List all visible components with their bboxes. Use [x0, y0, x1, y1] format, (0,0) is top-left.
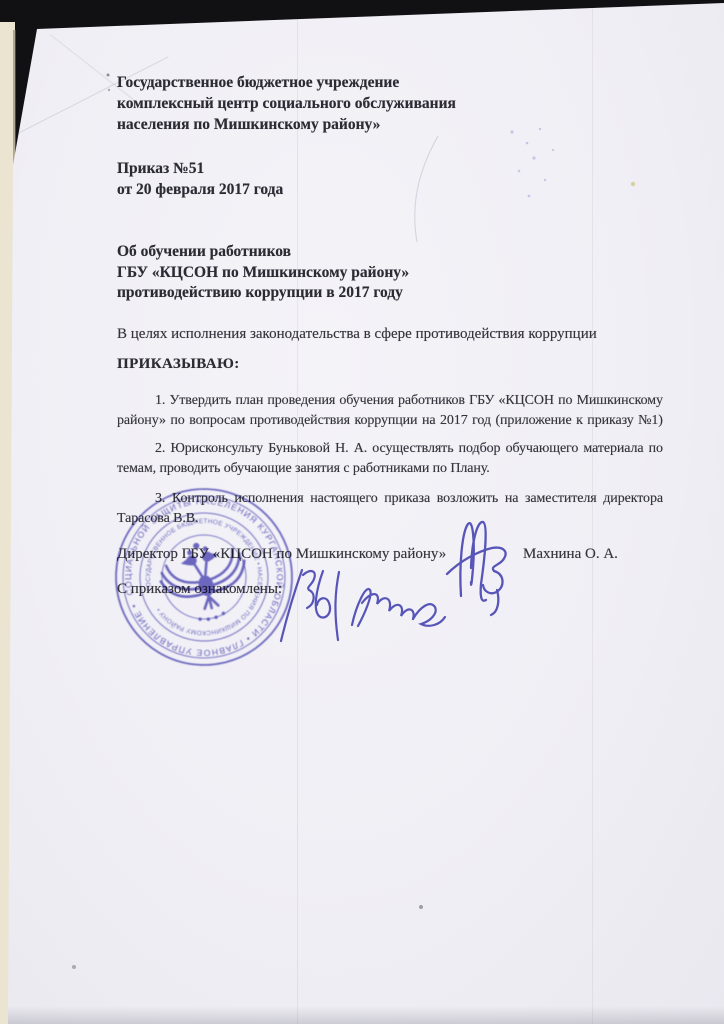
item-text-line: району»повопросампротиводействиякоррупци… [117, 411, 663, 431]
org-header: Государственное бюджетное учреждение ком… [117, 72, 663, 135]
item-text-line: темам, проводить обучающие занятия с раб… [117, 459, 663, 479]
item-text-line: 1.Утвердитьпланпроведенияобученияработни… [117, 391, 663, 411]
scanned-document-page: Государственное бюджетное учреждение ком… [0, 0, 724, 1024]
director-name: Махнина О. А. [523, 546, 618, 563]
subject-line: Об обучении работников [117, 242, 663, 263]
order-item-2: 2.ЮрисконсультуБуньковойН.А.осуществлять… [117, 439, 663, 478]
subject-line: противодействию коррупции в 2017 году [117, 283, 663, 304]
decree-word: ПРИКАЗЫВАЮ: [117, 356, 663, 373]
order-number: Приказ №51 [117, 158, 663, 179]
order-heading: Приказ №51 от 20 февраля 2017 года [117, 158, 663, 200]
order-date: от 20 февраля 2017 года [117, 179, 663, 200]
subject-line: ГБУ «КЦСОН по Мишкинскому району» [117, 263, 663, 284]
intro-paragraph: В целях исполнения законодательства в сф… [117, 324, 663, 344]
item-text-line: 2.ЮрисконсультуБуньковойН.А.осуществлять… [117, 439, 663, 459]
org-name-line: Государственное бюджетное учреждение [117, 72, 663, 93]
scan-shadow [0, 1006, 724, 1024]
org-name-line: населения по Мишкинскому району» [117, 114, 663, 135]
org-name-line: комплексный центр социального обслуживан… [117, 93, 663, 114]
order-item-1: 1.Утвердитьпланпроведенияобученияработни… [117, 391, 663, 430]
order-subject: Об обучении работников ГБУ «КЦСОН по Миш… [117, 242, 663, 304]
